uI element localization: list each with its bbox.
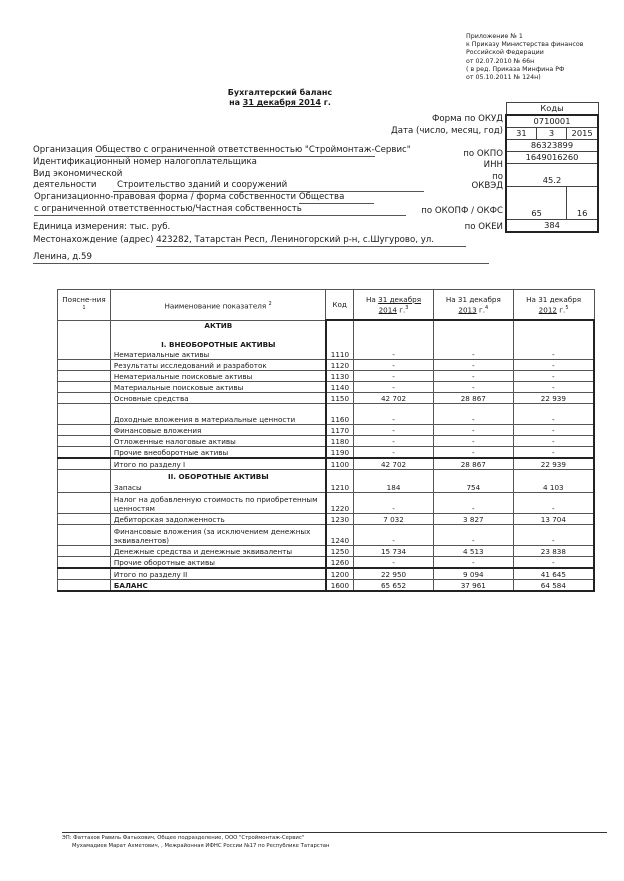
note-cell xyxy=(58,568,111,580)
table-row: Нематериальные поисковые активы1130--- xyxy=(58,370,595,381)
note-cell xyxy=(58,370,111,381)
value-2013: - xyxy=(433,381,513,392)
row-name: Нематериальные поисковые активы xyxy=(110,370,325,381)
value-2013: - xyxy=(433,492,513,513)
unit-label: Единица измерения: тыс. руб. xyxy=(33,222,170,233)
col-note-header: Поясне-ния 1 xyxy=(58,290,111,321)
value-2014: - xyxy=(354,446,434,458)
okved-value: 45.2 xyxy=(506,164,598,187)
value-2014: - xyxy=(354,524,434,545)
row-name: Дебиторская задолженность xyxy=(110,513,325,524)
value-2012: 4 103 xyxy=(513,469,594,492)
value-2014: - xyxy=(354,320,434,359)
value-2012: 41 645 xyxy=(513,568,594,580)
value-2013: 28 867 xyxy=(433,458,513,470)
row-name: Прочие внеоборотные активы xyxy=(110,446,325,458)
col-2012-header: На 31 декабря2012 г.5 xyxy=(513,290,594,321)
row-code: 1130 xyxy=(326,370,354,381)
row-code: 1600 xyxy=(326,579,354,591)
table-row: Прочие оборотные активы1260--- xyxy=(58,556,595,568)
inn-code-label: ИНН xyxy=(420,160,503,171)
value-2014: 42 702 xyxy=(354,458,434,470)
row-name: Доходные вложения в материальные ценност… xyxy=(110,403,325,424)
row-name: II. ОБОРОТНЫЕ АКТИВЫЗапасы xyxy=(110,469,325,492)
address-label: Местонахождение (адрес) xyxy=(33,235,154,245)
value-2013: - xyxy=(433,370,513,381)
document-title: Бухгалтерский баланс на 31 декабря 2014 … xyxy=(180,88,380,108)
appendix-line: ( в ред. Приказа Минфина РФ xyxy=(466,66,583,74)
inn-value: 1649016260 xyxy=(506,152,598,164)
value-2012: 22 939 xyxy=(513,392,594,403)
signature-footer: ЭП: Фаттахов Равиль Фатыхович, Общее под… xyxy=(62,834,330,850)
row-name: Прочие оборотные активы xyxy=(110,556,325,568)
address-row: Местонахождение (адрес) 423282, Татарста… xyxy=(33,235,466,247)
row-code: 1110 xyxy=(326,320,354,359)
appendix-line: от 05.10.2011 № 124н) xyxy=(466,74,583,82)
table-row: Прочие внеоборотные активы1190--- xyxy=(58,446,595,458)
inn-label: Идентификационный номер налогоплательщик… xyxy=(33,157,257,168)
table-row: Налог на добавленную стоимость по приобр… xyxy=(58,492,595,513)
value-2012: - xyxy=(513,381,594,392)
value-2012: - xyxy=(513,424,594,435)
table-row: Денежные средства и денежные эквиваленты… xyxy=(58,545,595,556)
value-2014: - xyxy=(354,492,434,513)
row-name: Денежные средства и денежные эквиваленты xyxy=(110,545,325,556)
value-2014: - xyxy=(354,381,434,392)
value-2014: 22 950 xyxy=(354,568,434,580)
form-value-1: Общества xyxy=(299,192,374,204)
note-cell xyxy=(58,513,111,524)
row-code: 1200 xyxy=(326,568,354,580)
table-row: Основные средства115042 70228 86722 939 xyxy=(58,392,595,403)
appendix-line: Российской Федерации xyxy=(466,49,583,57)
value-2013: - xyxy=(433,556,513,568)
value-2013: - xyxy=(433,424,513,435)
okud-label: Форма по ОКУД xyxy=(380,114,503,125)
row-name: Итого по разделу II xyxy=(110,568,325,580)
note-cell xyxy=(58,392,111,403)
value-2013: 3 827 xyxy=(433,513,513,524)
table-row: БАЛАНС160065 65237 96164 584 xyxy=(58,579,595,591)
section-heading: II. ОБОРОТНЫЕ АКТИВЫ xyxy=(114,472,323,483)
row-code: 1180 xyxy=(326,435,354,446)
table-row: II. ОБОРОТНЫЕ АКТИВЫЗапасы12101847544 10… xyxy=(58,469,595,492)
value-2013: 28 867 xyxy=(433,392,513,403)
title-line1: Бухгалтерский баланс xyxy=(180,88,380,98)
note-cell xyxy=(58,446,111,458)
okopf-value: 65 xyxy=(506,187,567,220)
value-2014: - xyxy=(354,435,434,446)
row-code: 1220 xyxy=(326,492,354,513)
col-2013-header: На 31 декабря2013 г.4 xyxy=(433,290,513,321)
value-2013: - xyxy=(433,435,513,446)
row-code: 1240 xyxy=(326,524,354,545)
value-2012: - xyxy=(513,524,594,545)
date-label: Дата (число, месяц, год) xyxy=(360,126,503,137)
note-cell xyxy=(58,469,111,492)
note-cell xyxy=(58,492,111,513)
value-2013: - xyxy=(433,320,513,359)
row-name: Налог на добавленную стоимость по приобр… xyxy=(110,492,325,513)
col-2014-header: На 31 декабря2014 г.3 xyxy=(354,290,434,321)
value-2014: - xyxy=(354,556,434,568)
appendix-note: Приложение № 1 к Приказу Министерства фи… xyxy=(466,33,583,82)
note-cell xyxy=(58,524,111,545)
value-2014: - xyxy=(354,424,434,435)
value-2014: 184 xyxy=(354,469,434,492)
row-name: Финансовые вложения xyxy=(110,424,325,435)
value-2013: - xyxy=(433,403,513,424)
okpo-label: по ОКПО xyxy=(420,149,503,160)
form-row: Организационно-правовая форма / форма со… xyxy=(34,192,374,204)
value-2012: 23 838 xyxy=(513,545,594,556)
value-2012: - xyxy=(513,403,594,424)
value-2013: - xyxy=(433,524,513,545)
row-name: БАЛАНС xyxy=(110,579,325,591)
table-row: Итого по разделу II120022 9509 09441 645 xyxy=(58,568,595,580)
row-name: Материальные поисковые активы xyxy=(110,381,325,392)
org-value: Общество с ограниченной ответственностью… xyxy=(95,145,375,157)
table-row: Финансовые вложения (за исключением дене… xyxy=(58,524,595,545)
title-prefix: на xyxy=(229,98,243,107)
value-2014: 7 032 xyxy=(354,513,434,524)
section-heading: I. ВНЕОБОРОТНЫЕ АКТИВЫ xyxy=(114,332,323,350)
col-name-header: Наименование показателя 2 xyxy=(110,290,325,321)
value-2013: 754 xyxy=(433,469,513,492)
value-2013: - xyxy=(433,446,513,458)
date-month: 3 xyxy=(536,128,566,140)
table-row: Доходные вложения в материальные ценност… xyxy=(58,403,595,424)
title-line2: на 31 декабря 2014 г. xyxy=(180,98,380,108)
okei-label: по ОКЕИ xyxy=(420,222,503,233)
note-cell xyxy=(58,556,111,568)
okud-value: 0710001 xyxy=(506,115,598,128)
value-2012: - xyxy=(513,435,594,446)
signature-line-2: Мухамадиев Марат Ахметович, , Межрайонна… xyxy=(62,842,330,850)
okpo-value: 86323899 xyxy=(506,140,598,152)
value-2014: - xyxy=(354,403,434,424)
row-code: 1230 xyxy=(326,513,354,524)
title-suffix: г. xyxy=(321,98,331,107)
okfs-value: 16 xyxy=(567,187,598,220)
note-cell xyxy=(58,545,111,556)
row-code: 1260 xyxy=(326,556,354,568)
table-row: Материальные поисковые активы1140--- xyxy=(58,381,595,392)
appendix-line: от 02.07.2010 № 66н xyxy=(466,58,583,66)
date-year: 2015 xyxy=(567,128,598,140)
table-row: Отложенные налоговые активы1180--- xyxy=(58,435,595,446)
value-2014: - xyxy=(354,359,434,370)
codes-header: Коды xyxy=(506,103,598,116)
note-cell xyxy=(58,458,111,470)
okved-label-2: ОКВЭД xyxy=(420,181,503,192)
value-2012: - xyxy=(513,556,594,568)
value-2013: 37 961 xyxy=(433,579,513,591)
table-row: Итого по разделу I110042 70228 86722 939 xyxy=(58,458,595,470)
note-cell xyxy=(58,579,111,591)
value-2012: 13 704 xyxy=(513,513,594,524)
row-name: АКТИВI. ВНЕОБОРОТНЫЕ АКТИВЫНематериальны… xyxy=(110,320,325,359)
row-name: Финансовые вложения (за исключением дене… xyxy=(110,524,325,545)
row-code: 1170 xyxy=(326,424,354,435)
table-row: Дебиторская задолженность12307 0323 8271… xyxy=(58,513,595,524)
value-2014: 15 734 xyxy=(354,545,434,556)
value-2013: - xyxy=(433,359,513,370)
table-header-row: Поясне-ния 1 Наименование показателя 2 К… xyxy=(58,290,595,321)
value-2014: 42 702 xyxy=(354,392,434,403)
activity-label-1: Вид экономической xyxy=(33,169,122,180)
value-2014: - xyxy=(354,370,434,381)
okei-value: 384 xyxy=(506,220,598,233)
row-code: 1120 xyxy=(326,359,354,370)
note-cell xyxy=(58,435,111,446)
row-name: Основные средства xyxy=(110,392,325,403)
footer-divider xyxy=(62,832,607,833)
value-2012: - xyxy=(513,446,594,458)
value-2014: 65 652 xyxy=(354,579,434,591)
value-2012: - xyxy=(513,492,594,513)
table-row: АКТИВI. ВНЕОБОРОТНЫЕ АКТИВЫНематериальны… xyxy=(58,320,595,359)
value-2012: - xyxy=(513,370,594,381)
note-cell xyxy=(58,359,111,370)
note-cell xyxy=(58,381,111,392)
activity-value: Строительство зданий и сооружений xyxy=(113,180,424,192)
balance-table: Поясне-ния 1 Наименование показателя 2 К… xyxy=(57,289,595,592)
table-row: Финансовые вложения1170--- xyxy=(58,424,595,435)
title-date: 31 декабря 2014 xyxy=(243,98,321,107)
address-value-2: Ленина, д.59 xyxy=(33,252,489,264)
value-2013: 9 094 xyxy=(433,568,513,580)
table-row: Результаты исследований и разработок1120… xyxy=(58,359,595,370)
row-name: Результаты исследований и разработок xyxy=(110,359,325,370)
row-code: 1190 xyxy=(326,446,354,458)
org-row: Организация Общество с ограниченной отве… xyxy=(33,145,375,157)
note-cell xyxy=(58,424,111,435)
value-2012: 64 584 xyxy=(513,579,594,591)
value-2012: - xyxy=(513,359,594,370)
row-code: 1150 xyxy=(326,392,354,403)
section-heading: АКТИВ xyxy=(114,321,323,332)
value-2012: - xyxy=(513,320,594,359)
signature-line-1: ЭП: Фаттахов Равиль Фатыхович, Общее под… xyxy=(62,834,330,842)
row-code: 1100 xyxy=(326,458,354,470)
row-code: 1210 xyxy=(326,469,354,492)
row-name: Итого по разделу I xyxy=(110,458,325,470)
value-2013: 4 513 xyxy=(433,545,513,556)
row-code: 1250 xyxy=(326,545,354,556)
codes-table: Коды 0710001 31 3 2015 86323899 16490162… xyxy=(505,102,599,233)
form-value-2: с ограниченной ответственностью/Частная … xyxy=(34,204,406,216)
form-label: Организационно-правовая форма / форма со… xyxy=(34,192,296,202)
row-code: 1140 xyxy=(326,381,354,392)
date-day: 31 xyxy=(506,128,536,140)
row-name: Отложенные налоговые активы xyxy=(110,435,325,446)
note-cell xyxy=(58,403,111,424)
activity-label-2: деятельности xyxy=(33,180,96,191)
row-code: 1160 xyxy=(326,403,354,424)
org-label: Организация xyxy=(33,145,93,155)
col-code-header: Код xyxy=(326,290,354,321)
value-2012: 22 939 xyxy=(513,458,594,470)
address-value-1: 423282, Татарстан Респ, Лениногорский р-… xyxy=(156,235,466,247)
note-cell xyxy=(58,320,111,359)
appendix-line: Приложение № 1 xyxy=(466,33,583,41)
